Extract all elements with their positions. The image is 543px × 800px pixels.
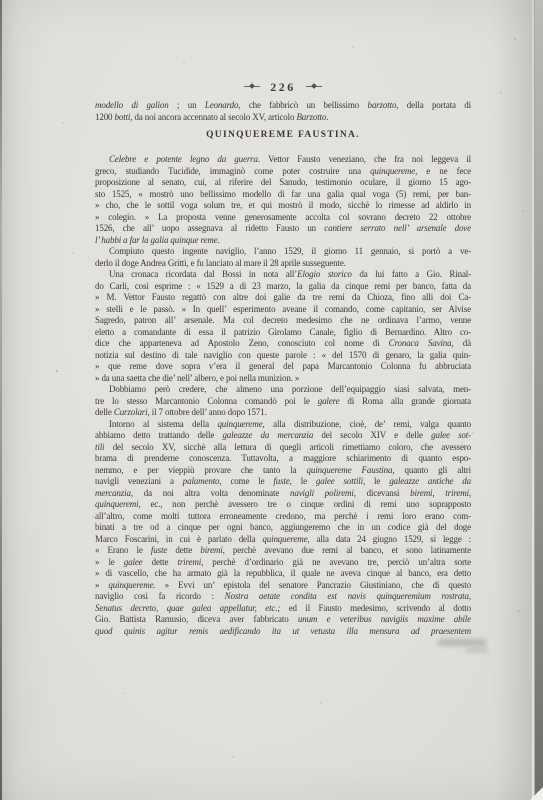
- text-line: naviglio così fa ricordo : Nostra aetate…: [95, 591, 471, 603]
- text-run: .: [326, 112, 328, 122]
- text-run: greco, studiando Tucidide, immaginò come…: [95, 166, 370, 176]
- text-run: palamento: [183, 476, 220, 486]
- text-line: abbiamo detto trattando delle galeazze d…: [95, 430, 471, 442]
- text-run: nemmo, e per vieppiù provare che tanto l…: [95, 465, 307, 475]
- text-run: dette: [167, 545, 200, 555]
- text-line: Senatus decreto, quae galea appellatur, …: [95, 603, 471, 615]
- text-line: eletto a comandante di essa il patrizio …: [95, 327, 471, 339]
- page-content: 226 modello di galion ; un Leonardo, che…: [95, 78, 471, 637]
- page-number: 226: [270, 80, 296, 94]
- text-run: fuste: [273, 476, 289, 486]
- text-run: botti: [115, 112, 131, 122]
- text-line: Dobbiamo però credere, che almeno una po…: [95, 384, 471, 396]
- text-run: , da noi ancora accennato al secolo XV, …: [130, 112, 296, 122]
- text-run: del secolo XV, sicchè alla lettura di qu…: [104, 442, 471, 452]
- text-run: do Carli, così esprime : « 1529 a dì 23 …: [95, 281, 471, 291]
- text-line: » cho, che le sottil voga solum tre, et …: [95, 200, 471, 212]
- text-run: proposizione al senato, cui, al riferire…: [95, 177, 471, 187]
- text-line: Compiuto questo ingente naviglio, l’anno…: [95, 246, 471, 258]
- text-run: Vettor Fausto veneziano, che fra noi leg…: [260, 154, 471, 164]
- text-run: quinquereme Faustina: [307, 465, 393, 475]
- text-run: mercanzia: [95, 488, 131, 498]
- text-block: modello di galion ; un Leonardo, che fab…: [95, 100, 471, 637]
- text-run: , perchè d’ordinario già ne avevano tre,…: [201, 557, 471, 567]
- text-run: , ec., non perchè avessero tre o cinque …: [139, 499, 471, 509]
- book-page: 226 modello di galion ; un Leonardo, che…: [0, 0, 543, 800]
- text-run: Una cronaca ricordata dal Bossi in nota …: [109, 269, 297, 279]
- text-run: brama di prenderne conoscenza. Tuttavolt…: [95, 453, 471, 463]
- text-run: ed il Fausto medesimo, scrivendo al dott…: [280, 603, 471, 613]
- text-run: Intorno al sistema della: [109, 419, 217, 429]
- text-run: galee sot-: [431, 430, 471, 440]
- text-line: » le galee dette triremi, perchè d’ordin…: [95, 557, 471, 569]
- text-run: , dà: [452, 338, 471, 348]
- text-run: galere: [318, 396, 340, 406]
- text-run: , e ne fece: [415, 166, 471, 176]
- text-run: da lui fatto a Gio. Rinal-: [352, 269, 471, 279]
- text-line: quinqueremi, ec., non perchè avessero tr…: [95, 499, 471, 511]
- text-line: navigli veneziani a palamento, come le f…: [95, 476, 471, 488]
- text-run: » colegio. » La proposta venne generosam…: [95, 212, 471, 222]
- text-run: triremi: [177, 557, 201, 567]
- text-run: notizia sul destino di tale naviglio con…: [95, 350, 471, 360]
- text-line: Una cronaca ricordata dal Bossi in nota …: [95, 269, 471, 281]
- text-run: » stelli e le passò. » In quell’ esperim…: [95, 304, 471, 314]
- text-run: quinquereme: [262, 534, 307, 544]
- text-run: , alla distribuzione, cioè, de’ remi, va…: [262, 419, 471, 429]
- text-run: binati a tre od a cinque per ogni banco,…: [95, 522, 471, 532]
- page-corner-notch: [530, 787, 543, 800]
- text-run: , quanto gli altri: [392, 465, 471, 475]
- text-line: tre lo stesso Marcantonio Colonna comand…: [95, 396, 471, 408]
- text-run: , le: [290, 476, 316, 486]
- text-line: brama di prenderne conoscenza. Tuttavolt…: [95, 453, 471, 465]
- text-line: » quinquereme. » Evvi un’ epistola del s…: [95, 580, 471, 592]
- text-run: sto 1525, « mostrò uno bellissimo modell…: [95, 189, 471, 199]
- text-line: delle Curzolari, il 7 ottobre dell’ anno…: [95, 407, 471, 419]
- text-run: tre lo stesso Marcantonio Colonna comand…: [95, 396, 318, 406]
- text-run: biremi: [200, 545, 222, 555]
- text-run: , da noi altra volta denominate: [131, 488, 290, 498]
- text-run: Compiuto questo ingente naviglio, l’anno…: [109, 246, 471, 256]
- text-run: quinqueremi: [95, 499, 139, 509]
- text-line: l’ habbi a far la galia quinque reme.: [95, 235, 471, 247]
- page-left-edge: [0, 0, 2, 800]
- text-run: quinquereme: [370, 166, 415, 176]
- text-run: Leonardo: [205, 100, 238, 110]
- text-run: » cho, che le sottil voga solum tre, et …: [95, 200, 471, 210]
- text-run: unum e veteribus navigiis maxime abile: [298, 614, 471, 624]
- text-line: Gio. Battista Ramusio, diceva aver fabbr…: [95, 614, 471, 626]
- text-line: » M. Vettor Fausto regattò con altre doi…: [95, 292, 471, 304]
- text-run: dette: [143, 557, 178, 567]
- text-run: barzotto: [367, 100, 396, 110]
- text-run: galee sottili: [316, 476, 363, 486]
- text-run: ; un: [169, 100, 205, 110]
- header-ornament-left-icon: [243, 82, 261, 90]
- text-run: quod quinis agitur remis aedificando ita…: [95, 626, 471, 636]
- text-run: all’altro, come molti tuttora erroneamen…: [95, 511, 471, 521]
- text-run: , il 7 ottobre dell’ anno dopo 1571.: [148, 407, 267, 417]
- text-run: » le: [95, 557, 124, 567]
- text-run: , come le: [219, 476, 273, 486]
- text-run: derlo il doge Andrea Gritti, e fu lancia…: [95, 258, 346, 268]
- section-heading: QUINQUEREME FAUSTINA.: [95, 130, 471, 141]
- text-run: Barzotto: [296, 112, 326, 122]
- text-run: Gio. Battista Ramusio, diceva aver fabbr…: [95, 614, 298, 624]
- text-run: Nostra aetate condita est navis quinquer…: [225, 591, 471, 601]
- text-line: 1526, che all’ uopo assegnava al ridetto…: [95, 223, 471, 235]
- text-run: galeazze da mercanzia: [222, 430, 313, 440]
- text-line: proposizione al senato, cui, al riferire…: [95, 177, 471, 189]
- text-run: Sagredo, patron all’ arsenale. Ma col de…: [95, 315, 471, 325]
- text-run: , le: [363, 476, 389, 486]
- text-run: modello di galion: [95, 100, 169, 110]
- text-run: , perchè avevano due remi al banco, et s…: [223, 545, 471, 555]
- text-run: Celebre e potente legno da guerra.: [109, 154, 260, 164]
- text-line: nemmo, e per vieppiù provare che tanto l…: [95, 465, 471, 477]
- text-run: , dicevansi: [354, 488, 410, 498]
- text-run: » da una saetta che die’ nell’ albero, e…: [95, 373, 299, 383]
- scan-artifact: [466, 648, 488, 653]
- text-run: »: [95, 580, 108, 590]
- text-run: » di vascello, che ha armato già la repu…: [95, 568, 471, 578]
- text-line: greco, studiando Tucidide, immaginò come…: [95, 166, 471, 178]
- text-line: do Carli, così esprime : « 1529 a dì 23 …: [95, 281, 471, 293]
- text-line: binati a tre od a cinque per ogni banco,…: [95, 522, 471, 534]
- text-line: sto 1525, « mostrò uno bellissimo modell…: [95, 189, 471, 201]
- text-run: 1200: [95, 112, 115, 122]
- text-run: Dobbiamo però credere, che almeno una po…: [109, 384, 471, 394]
- text-line: dice che apparteneva ad Apostolo Zeno, c…: [95, 338, 471, 350]
- text-run: Senatus decreto, quae galea appellatur, …: [95, 603, 280, 613]
- text-run: fuste: [151, 545, 167, 555]
- text-run: « Erano le: [95, 545, 151, 555]
- text-run: abbiamo detto trattando delle: [95, 430, 222, 440]
- text-line: modello di galion ; un Leonardo, che fab…: [95, 100, 471, 112]
- text-run: , che fabbricò un bellissimo: [238, 100, 367, 110]
- text-run: navigli veneziani a: [95, 476, 183, 486]
- text-run: eletto a comandante di essa il patrizio …: [95, 327, 471, 337]
- text-line: » que reme dove sopra v’era il general d…: [95, 361, 471, 373]
- text-line: notizia sul destino di tale naviglio con…: [95, 350, 471, 362]
- text-line: 1200 botti, da noi ancora accennato al s…: [95, 112, 471, 124]
- page-header: 226: [95, 78, 471, 94]
- text-run: » Evvi un’ epistola del senatore Pancraz…: [156, 580, 471, 590]
- text-line: » da una saetta che die’ nell’ albero, e…: [95, 373, 471, 385]
- text-run: Marco Foscarini, in cui è parlato della: [95, 534, 262, 544]
- text-line: » stelli e le passò. » In quell’ esperim…: [95, 304, 471, 316]
- text-run: Cronaca Savina: [389, 338, 452, 348]
- text-run: biremi, triremi,: [410, 488, 471, 498]
- text-run: del secolo XIV e delle: [313, 430, 431, 440]
- text-line: derlo il doge Andrea Gritti, e fu lancia…: [95, 258, 471, 270]
- text-run: » M. Vettor Fausto regattò con altre doi…: [95, 292, 471, 302]
- text-run: Elogio storico: [297, 269, 352, 279]
- text-line: quod quinis agitur remis aedificando ita…: [95, 626, 471, 638]
- text-line: tili del secolo XV, sicchè alla lettura …: [95, 442, 471, 454]
- text-line: Marco Foscarini, in cui è parlato della …: [95, 534, 471, 546]
- text-run: tili: [95, 442, 104, 452]
- scan-artifact: [438, 639, 486, 646]
- text-line: Intorno al sistema della quinquereme, al…: [95, 419, 471, 431]
- text-run: dice che apparteneva ad Apostolo Zeno, c…: [95, 338, 389, 348]
- text-line: Sagredo, patron all’ arsenale. Ma col de…: [95, 315, 471, 327]
- text-line: mercanzia, da noi altra volta denominate…: [95, 488, 471, 500]
- text-line: » colegio. » La proposta venne generosam…: [95, 212, 471, 224]
- text-run: delle: [95, 407, 114, 417]
- text-line: Celebre e potente legno da guerra. Vetto…: [95, 154, 471, 166]
- text-run: l’ habbi a far la galia quinque reme.: [95, 235, 220, 245]
- text-run: di Roma alla grande giornata: [340, 396, 472, 406]
- text-run: , alla data 24 giugno 1529, si legge :: [307, 534, 471, 544]
- page-right-edge: [534, 0, 543, 800]
- text-run: » que reme dove sopra v’era il general d…: [95, 361, 471, 371]
- text-run: Curzolari: [114, 407, 148, 417]
- text-run: quinquereme: [217, 419, 262, 429]
- text-run: galee: [124, 557, 143, 567]
- text-run: quinquereme.: [108, 580, 155, 590]
- header-ornament-right-icon: [305, 82, 323, 90]
- text-run: navigli poliremi: [290, 488, 354, 498]
- text-run: 1526, che all’ uopo assegnava al ridetto…: [95, 223, 324, 233]
- text-run: , della portata di: [396, 100, 471, 110]
- text-run: galeazze antiche da: [389, 476, 471, 486]
- text-line: all’altro, come molti tuttora erroneamen…: [95, 511, 471, 523]
- right-margin-shade: [498, 0, 532, 800]
- text-line: « Erano le fuste dette biremi, perchè av…: [95, 545, 471, 557]
- text-run: cantiere serrato nell’ arsenale dove: [324, 223, 471, 233]
- text-run: naviglio così fa ricordo :: [95, 591, 225, 601]
- text-line: » di vascello, che ha armato già la repu…: [95, 568, 471, 580]
